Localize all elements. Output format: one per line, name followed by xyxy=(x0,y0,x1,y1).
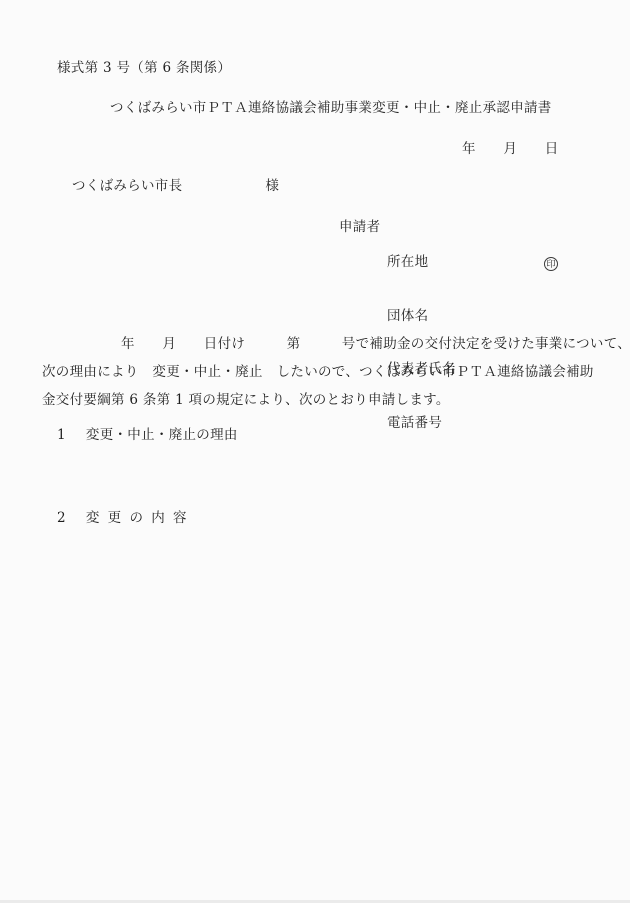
applicant-field-phone: 電話番号 xyxy=(387,412,456,435)
form-number: 様式第 3 号（第 6 条関係） xyxy=(57,61,231,77)
section-2-heading: 2変 更 の 内 容 xyxy=(57,511,189,527)
seal-mark-icon: 印 xyxy=(544,257,558,271)
section-1-title: 変更・中止・廃止の理由 xyxy=(86,427,238,443)
body-paragraph-line-2: 次の理由により 変更・中止・廃止 したいので、つくばみらい市ＰＴＡ連絡協議会補助 xyxy=(42,365,602,381)
applicant-label: 申請者 xyxy=(339,220,380,236)
addressee-line: つくばみらい市長様 xyxy=(72,179,279,195)
document-page: 様式第 3 号（第 6 条関係） つくばみらい市ＰＴＡ連絡協議会補助事業変更・中… xyxy=(0,0,630,903)
section-1-heading: 1変更・中止・廃止の理由 xyxy=(57,428,238,444)
applicant-field-organization: 団体名 xyxy=(387,305,456,328)
addressee-honorific: 様 xyxy=(265,178,279,194)
section-1-number: 1 xyxy=(57,427,66,443)
document-title: つくばみらい市ＰＴＡ連絡協議会補助事業変更・中止・廃止承認申請書 xyxy=(110,101,552,117)
body-paragraph-line-3: 金交付要綱第 6 条第 1 項の規定により、次のとおり申請します。 xyxy=(42,393,602,409)
section-2-number: 2 xyxy=(57,510,66,526)
date-placeholder-line: 年 月 日 xyxy=(462,142,559,158)
addressee-name: つくばみらい市長 xyxy=(72,178,182,194)
applicant-field-address: 所在地 xyxy=(387,251,456,274)
section-2-title: 変 更 の 内 容 xyxy=(86,510,189,526)
body-paragraph-line-1: 年 月 日付け 第 号で補助金の交付決定を受けた事業について、 xyxy=(42,337,630,353)
